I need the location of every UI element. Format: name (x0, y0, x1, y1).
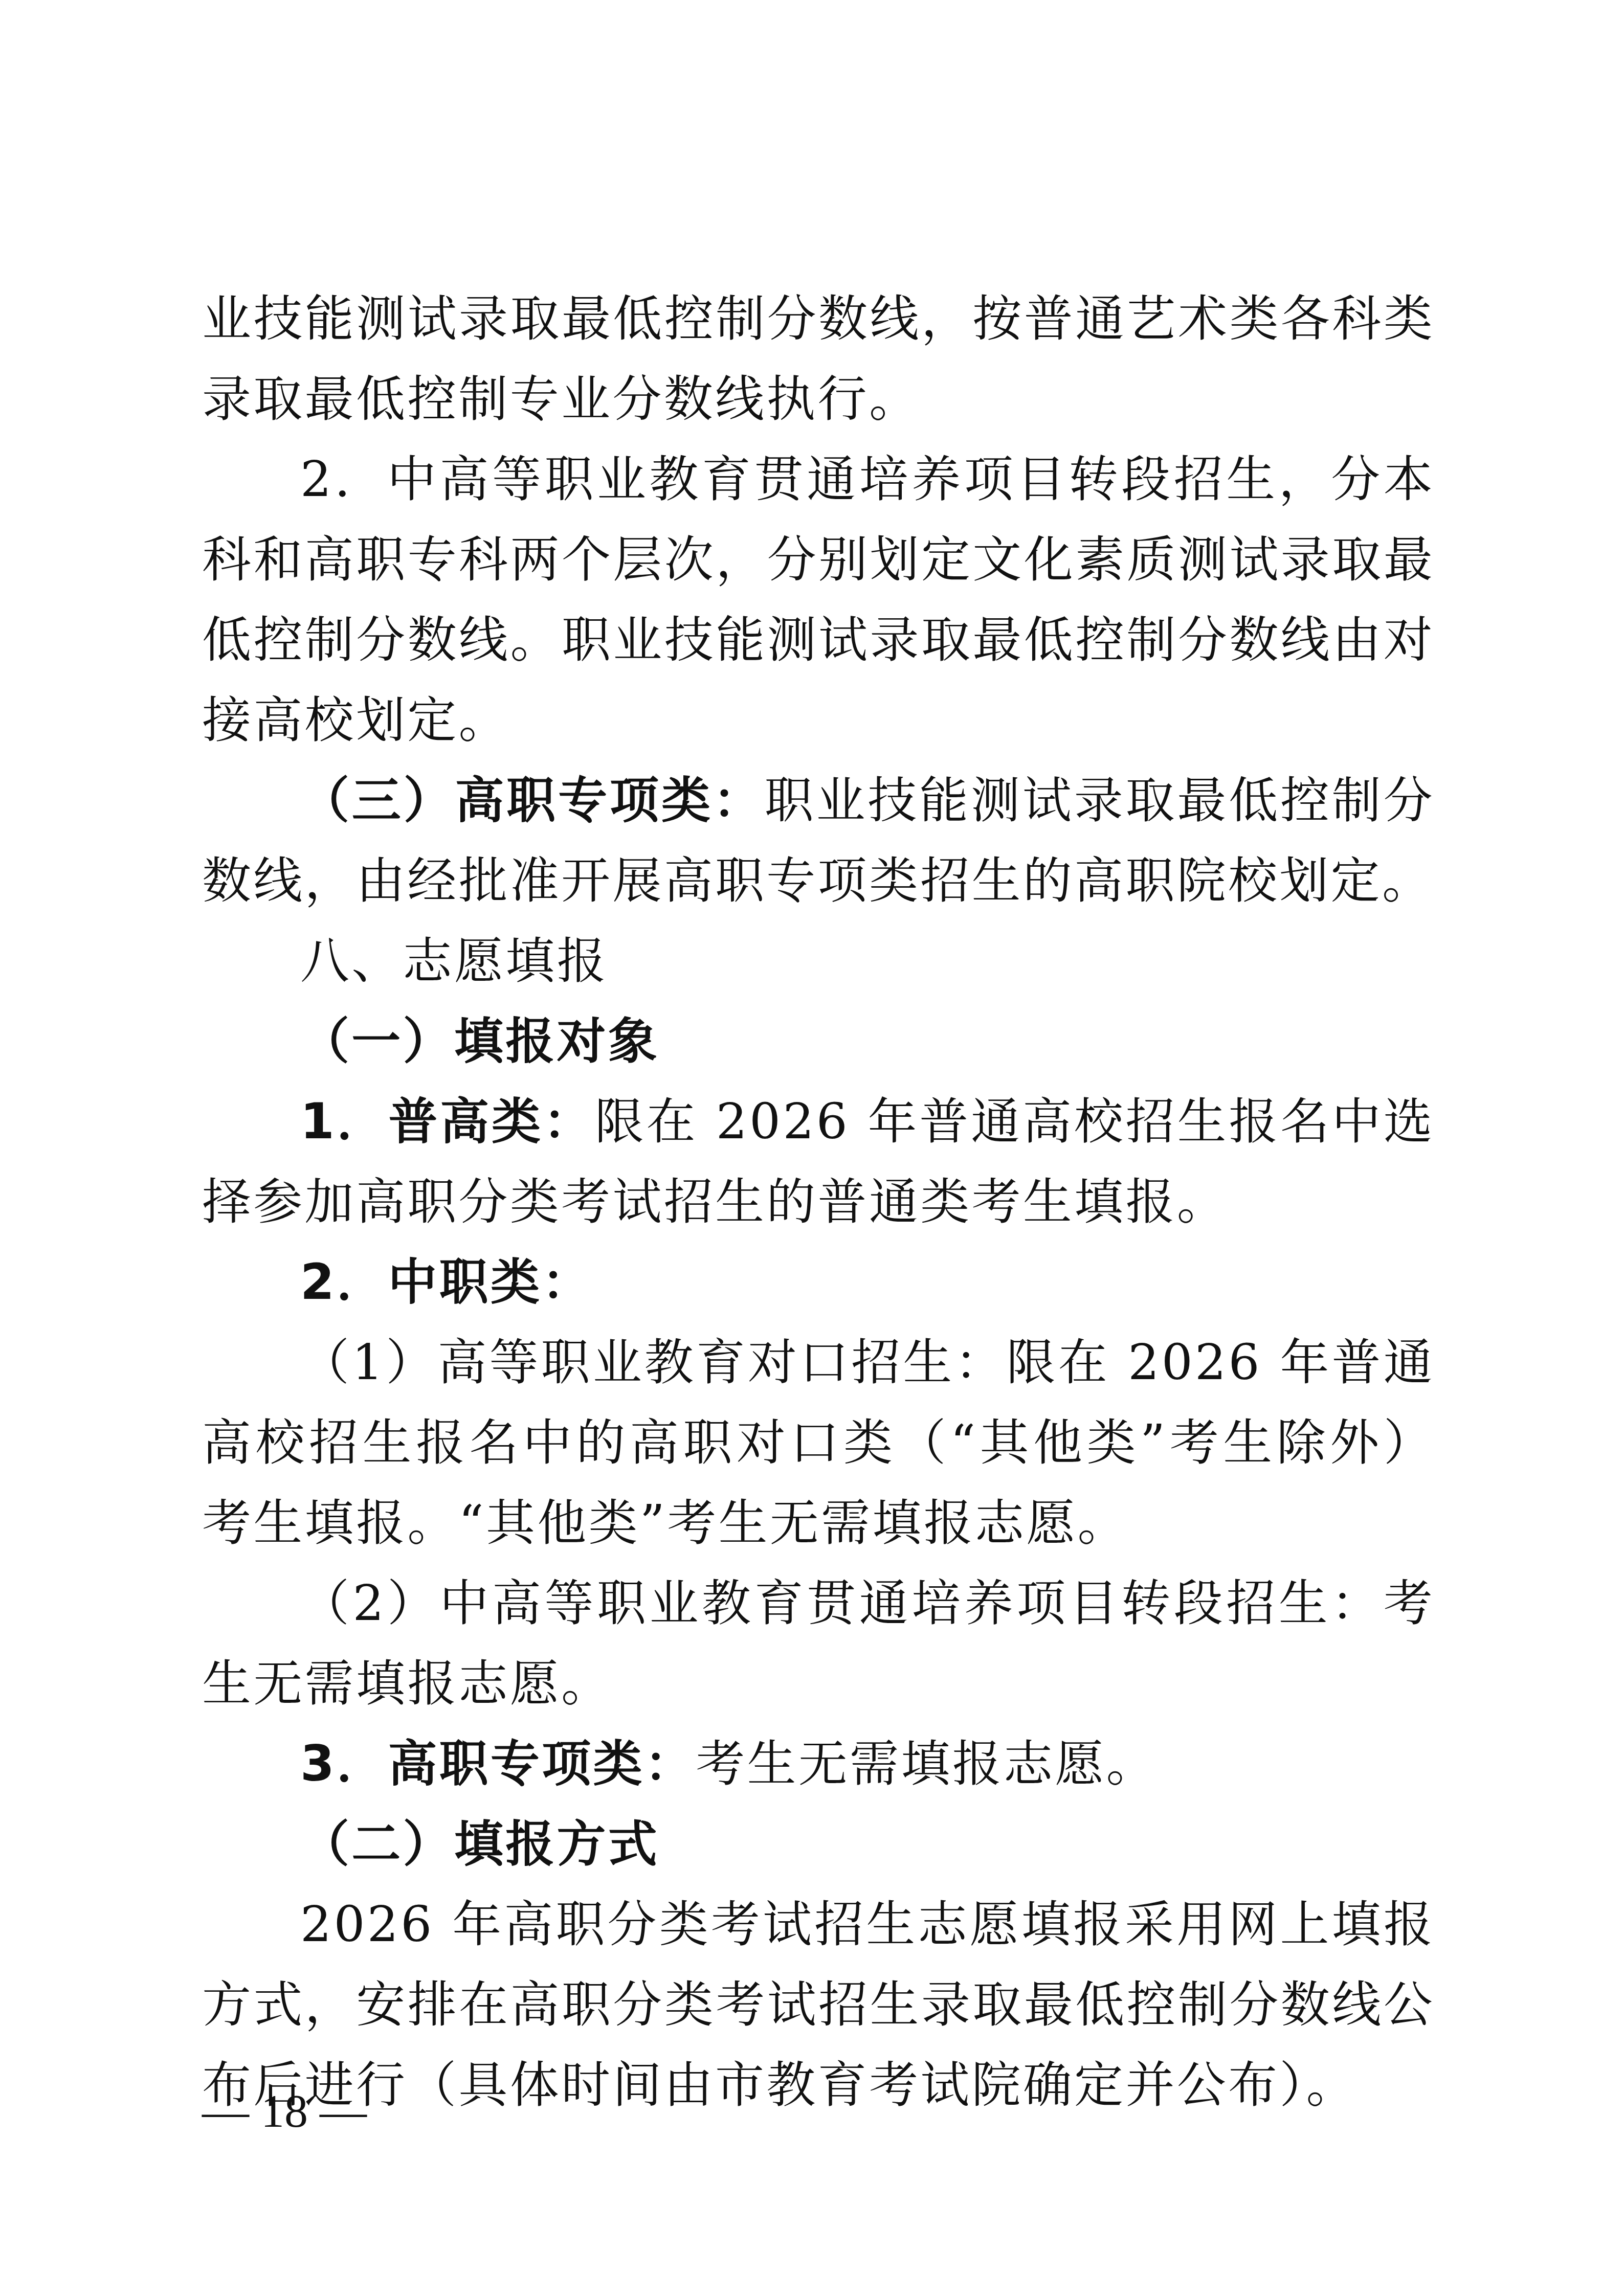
paragraph-through-training-transfer: 2．中高等职业教育贯通培养项目转段招生，分本科和高职专科两个层次，分别划定文化素… (202, 439, 1435, 760)
section-heading-application: 八、志愿填报 (202, 921, 1435, 1001)
subheading-method: （二）填报方式 (202, 1804, 1435, 1884)
paragraph-text: 2026 年高职分类考试招生志愿填报采用网上填报方式，安排在高职分类考试招生录取… (202, 1896, 1435, 2113)
paragraph-transfer-admission: （2）中高等职业教育贯通培养项目转段招生：考生无需填报志愿。 (202, 1563, 1435, 1724)
paragraph-lead-bold: 3．高职专项类： (300, 1735, 696, 1792)
paragraph-counterpart-admission: （1）高等职业教育对口招生：限在 2026 年普通高校招生报名中的高职对口类（“… (202, 1322, 1435, 1563)
paragraph-text: 2．中高等职业教育贯通培养项目转段招生，分本科和高职专科两个层次，分别划定文化素… (202, 451, 1435, 749)
paragraph-text: （1）高等职业教育对口招生：限在 2026 年普通高校招生报名中的高职对口类（“… (202, 1334, 1435, 1551)
page-number: — 18 — (202, 2071, 367, 2151)
paragraph-lead-bold: 1．普高类： (300, 1093, 595, 1150)
paragraph-lead-bold: 2．中职类： (300, 1253, 593, 1311)
subheading-applicants: （一）填报对象 (202, 1001, 1435, 1082)
paragraph-special-category: 3．高职专项类：考生无需填报志愿。 (202, 1724, 1435, 1804)
paragraph-lead-bold: （三）高职专项类： (300, 772, 765, 829)
paragraph-text: 考生无需填报志愿。 (696, 1735, 1158, 1792)
paragraph-secondary-vocational: 2．中职类： (202, 1242, 1435, 1322)
paragraph-general-high-school: 1．普高类：限在 2026 年普通高校招生报名中选择参加高职分类考试招生的普通类… (202, 1082, 1435, 1242)
document-body: 业技能测试录取最低控制分数线，按普通艺术类各科类录取最低控制专业分数线执行。 2… (202, 279, 1435, 2125)
paragraph-art-score-line: 业技能测试录取最低控制分数线，按普通艺术类各科类录取最低控制专业分数线执行。 (202, 279, 1435, 439)
paragraph-vocational-special: （三）高职专项类：职业技能测试录取最低控制分数线，由经批准开展高职专项类招生的高… (202, 760, 1435, 921)
section-title: 八、志愿填报 (300, 932, 608, 989)
paragraph-online-application: 2026 年高职分类考试招生志愿填报采用网上填报方式，安排在高职分类考试招生录取… (202, 1884, 1435, 2125)
subheading-title: （二）填报方式 (300, 1815, 659, 1873)
subheading-title: （一）填报对象 (300, 1012, 659, 1070)
paragraph-text: （2）中高等职业教育贯通培养项目转段招生：考生无需填报志愿。 (202, 1574, 1435, 1712)
paragraph-text: 业技能测试录取最低控制分数线，按普通艺术类各科类录取最低控制专业分数线执行。 (202, 290, 1435, 427)
